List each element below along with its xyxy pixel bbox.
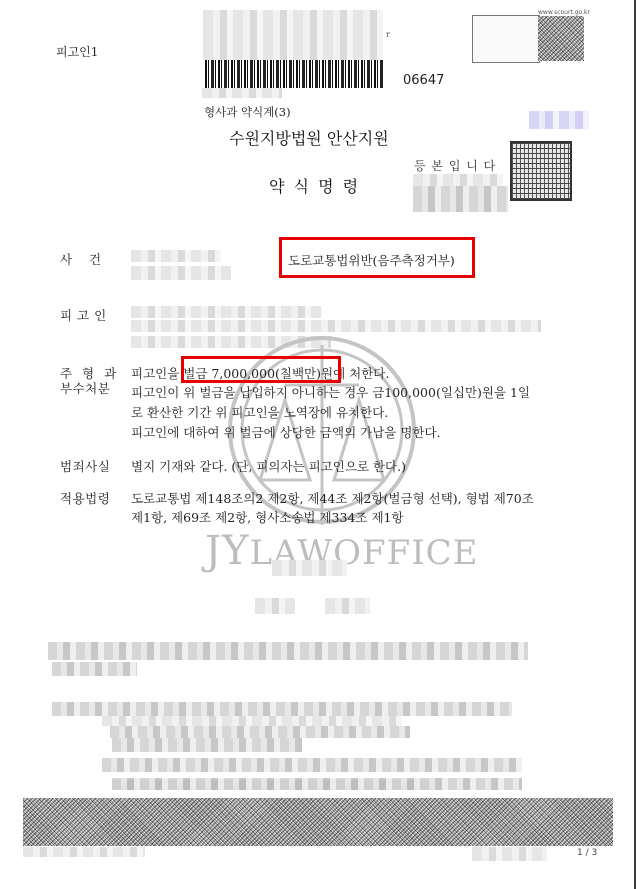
redacted-clerk bbox=[413, 186, 508, 212]
verification-box bbox=[472, 15, 540, 63]
site-url: www.scourt.go.kr bbox=[538, 9, 590, 16]
sentence-line-3: 로 환산한 기간 위 피고인을 노역장에 유치한다. bbox=[131, 403, 388, 421]
certified-copy-label: 등 본 입 니 다 bbox=[414, 157, 496, 174]
defendant-label: 피 고 인 bbox=[60, 306, 107, 324]
redacted-judge-title bbox=[255, 598, 295, 614]
case-name: 도로교통법위반(음주측정거부) bbox=[288, 251, 455, 269]
redacted-judge-name bbox=[325, 598, 370, 614]
sentence-line-2: 피고인이 위 벌금을 납입하지 아니하는 경우 금100,000(일십만)원을 … bbox=[131, 383, 530, 401]
crime-facts-text: 별지 기재와 같다. (단, 피의자는 피고인으로 한다.) bbox=[131, 457, 406, 475]
redacted-notice-6 bbox=[112, 780, 432, 790]
document-page: 피고인1 r 06647 형사과 약식계(3) www.scourt.go.kr… bbox=[0, 0, 636, 889]
sentence-line-1-prefix: 피고인을 bbox=[131, 366, 183, 381]
fine-highlight-box bbox=[181, 356, 341, 383]
redacted-defendant-name bbox=[131, 306, 321, 318]
redacted-barcode-caption bbox=[202, 88, 282, 98]
redacted-date bbox=[413, 174, 503, 186]
redacted-case-number-2 bbox=[131, 266, 231, 280]
redacted-notice-2 bbox=[52, 702, 512, 716]
defendant-tag: 피고인1 bbox=[56, 43, 98, 60]
watermark-initials: JY bbox=[205, 528, 249, 574]
applicable-law-line-1: 도로교통법 제148조의2 제2항, 제44조 제2항(벌금형 선택), 형법 … bbox=[131, 489, 534, 507]
redacted-notice-1b bbox=[52, 662, 137, 676]
redacted-notice-4 bbox=[102, 758, 522, 772]
page-indicator: 1 / 3 bbox=[577, 848, 597, 858]
security-pattern-band bbox=[23, 798, 613, 846]
case-label: 사 건 bbox=[60, 250, 102, 268]
court-name: 수원지방법원 안산지원 bbox=[229, 126, 389, 149]
redacted-stamp bbox=[529, 111, 589, 129]
redacted-footer-right bbox=[472, 847, 547, 861]
barcode bbox=[205, 60, 383, 88]
barcode-number: 06647 bbox=[403, 73, 444, 88]
redacted-footer-left bbox=[23, 847, 145, 857]
document-title: 약 식 명 령 bbox=[269, 174, 360, 197]
redacted-issue-date bbox=[272, 560, 347, 576]
redacted-case-number bbox=[131, 250, 221, 262]
crime-facts-label: 범죄사실 bbox=[60, 457, 110, 475]
qr-code bbox=[538, 16, 584, 61]
redacted-notice-1 bbox=[48, 642, 528, 660]
sentence-label-2: 부수처분 bbox=[60, 379, 110, 397]
sentence-line-1-suffix: 에 처한다. bbox=[333, 366, 389, 381]
court-seal-icon bbox=[510, 141, 572, 201]
sentence-line-4: 피고인에 대하여 위 벌금에 상당한 금액의 가납을 명한다. bbox=[131, 423, 441, 441]
applicable-law-label: 적용법령 bbox=[60, 489, 110, 507]
redacted-address bbox=[203, 10, 383, 60]
scan-mark: r bbox=[386, 30, 390, 39]
department-label: 형사과 약식계(3) bbox=[204, 104, 291, 120]
redacted-notice-2c bbox=[110, 726, 410, 738]
redacted-notice-2b bbox=[102, 716, 402, 726]
applicable-law-line-2: 제1항, 제69조 제2항, 형사소송법 제334조 제1항 bbox=[131, 508, 404, 526]
redacted-notice-3 bbox=[112, 738, 302, 752]
